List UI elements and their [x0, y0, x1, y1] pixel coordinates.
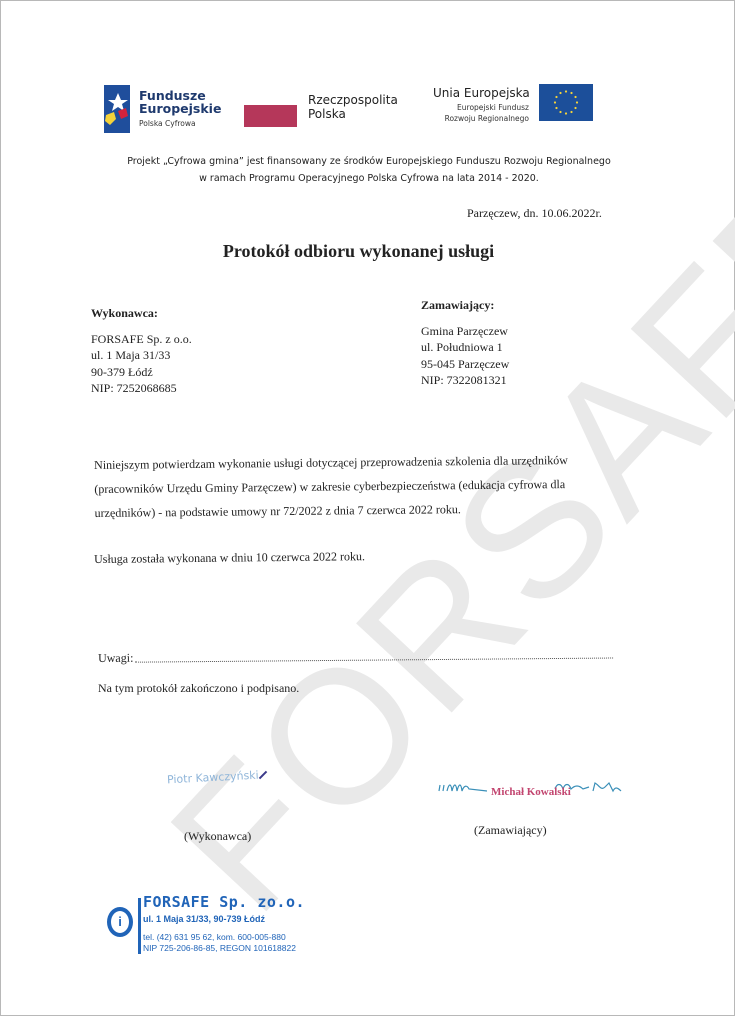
project-note-line2: w ramach Programu Operacyjnego Polska Cy… [91, 170, 647, 187]
unia-europejska-title: Unia Europejska [433, 86, 530, 100]
stamp-address: ul. 1 Maja 31/33, 90-739 Łódź [143, 914, 265, 924]
customer-line: ul. Południowa 1 [421, 339, 509, 356]
fundusze-europejskie-logo-icon [104, 85, 130, 133]
efrr-line2: Rozwoju Regionalnego [429, 113, 529, 124]
remarks-dotted-line [135, 657, 613, 663]
rzeczpospolita-line1: Rzeczpospolita [308, 93, 398, 107]
customer-signature: Michał Kowalski [491, 786, 571, 798]
stamp-company-name: FORSAFE Sp. zo.o. [143, 893, 305, 911]
completion-statement: Usługa została wykonana w dniu 10 czerwc… [94, 549, 365, 567]
project-note-line1: Projekt „Cyfrowa gmina” jest finansowany… [91, 153, 647, 170]
remarks-label: Uwagi: [98, 651, 133, 666]
executor-line: FORSAFE Sp. z o.o. [91, 331, 192, 348]
executor-line: NIP: 7252068685 [91, 380, 192, 397]
customer-line: NIP: 7322081321 [421, 372, 509, 389]
stamp-contact: tel. (42) 631 95 62, kom. 600-005-880 NI… [143, 932, 296, 954]
customer-label: Zamawiający: [421, 297, 509, 314]
fundusze-line2: Europejskie [139, 102, 221, 115]
document-page: FORSAFE Fundusze Europejskie Polska Cyfr… [0, 0, 735, 1016]
stamp-ids: NIP 725-206-86-85, REGON 101618822 [143, 943, 296, 954]
customer-line: Gmina Parzęczew [421, 323, 509, 340]
rzeczpospolita-line2: Polska [308, 107, 398, 121]
executor-role-label: (Wykonawca) [184, 829, 251, 844]
stamp-phone: tel. (42) 631 95 62, kom. 600-005-880 [143, 932, 296, 943]
efrr-text: Europejski Fundusz Rozwoju Regionalnego [429, 102, 529, 124]
customer-role-label: (Zamawiający) [474, 823, 547, 838]
executor-line: ul. 1 Maja 31/33 [91, 347, 192, 364]
efrr-line1: Europejski Fundusz [429, 102, 529, 113]
eu-flag-icon [539, 84, 593, 121]
confirmation-paragraph: Niniejszym potwierdzam wykonanie usługi … [94, 447, 625, 525]
executor-block: Wykonawca: FORSAFE Sp. z o.o. ul. 1 Maja… [91, 305, 192, 397]
closing-statement: Na tym protokół zakończono i podpisano. [98, 681, 299, 696]
executor-label: Wykonawca: [91, 305, 192, 322]
polska-cyfrowa-text: Polska Cyfrowa [139, 119, 196, 128]
fundusze-europejskie-text: Fundusze Europejskie [139, 89, 221, 115]
customer-line: 95-045 Parzęczew [421, 356, 509, 373]
polish-flag-icon [244, 105, 297, 127]
document-title: Protokół odbioru wykonanej usługi [91, 241, 626, 262]
executor-line: 90-379 Łódź [91, 364, 192, 381]
rzeczpospolita-polska-text: Rzeczpospolita Polska [308, 93, 398, 121]
document-date: Parzęczew, dn. 10.06.2022r. [467, 206, 602, 221]
stamp-divider [138, 898, 141, 954]
customer-block: Zamawiający: Gmina Parzęczew ul. Południ… [421, 297, 509, 389]
forsafe-logo-icon: i [107, 907, 133, 937]
project-funding-note: Projekt „Cyfrowa gmina” jest finansowany… [91, 153, 647, 187]
